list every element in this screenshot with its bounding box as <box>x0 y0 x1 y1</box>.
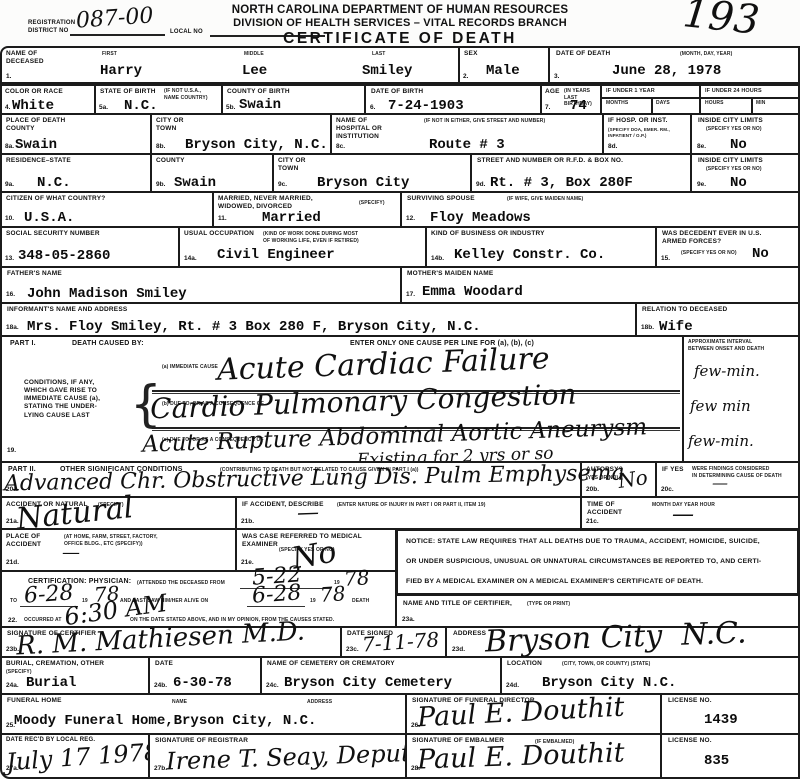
informant-num: 18a. <box>6 324 19 331</box>
residence-city-cell: CITY OR TOWN 9c. Bryson City <box>272 153 472 193</box>
icl8-value: No <box>730 137 747 153</box>
residence-county-value: Swain <box>174 175 216 191</box>
name-num: 1. <box>6 73 11 80</box>
ifyes-num: 20c. <box>661 486 674 493</box>
if-accident-describe-cell: IF ACCIDENT, DESCRIBE (ENTER NATURE OF I… <box>235 496 582 530</box>
sex-label: SEX <box>464 50 478 58</box>
last-sublabel: LAST <box>372 51 385 58</box>
time-accident-num: 21c. <box>586 518 599 525</box>
yr1-value: 78 <box>343 565 370 591</box>
first-sublabel: FIRST <box>102 51 117 58</box>
license2-value: 835 <box>704 753 729 769</box>
time-of-accident-cell: TIME OF ACCIDENT MONTH DAY YEAR HOUR 21c… <box>580 496 800 530</box>
hospital-num: 8c. <box>336 143 345 150</box>
notice-line2: OR UNDER SUSPICIOUS, UNUSUAL OR UNNATURA… <box>406 558 761 566</box>
place-of-death-county-value: Swain <box>15 137 57 153</box>
date-of-death-small: (MONTH, DAY, YEAR) <box>680 51 732 58</box>
part1-label: PART I. <box>10 340 36 349</box>
place-of-death-city-cell: CITY OR TOWN 8b. Bryson City, N.C. <box>150 113 332 155</box>
relation-value: Wife <box>659 319 693 335</box>
citizen-cell: CITIZEN OF WHAT COUNTRY? 10. U.S.A. <box>0 191 214 228</box>
state-of-birth-small: (IF NOT U.S.A., NAME COUNTRY) <box>164 88 208 101</box>
registrar-cell: SIGNATURE OF REGISTRAR 27b. Irene T. Sea… <box>148 733 407 779</box>
place-of-death-county-label: PLACE OF DEATH COUNTY <box>6 117 65 133</box>
embalmer-cell: SIGNATURE OF EMBALMER (IF EMBALMED) 28. … <box>405 733 662 779</box>
burial-location-label: LOCATION <box>507 660 542 668</box>
icl9-value: No <box>730 175 747 191</box>
registration-district-value: 087-00 <box>75 3 154 33</box>
county-of-birth-value: Swain <box>239 97 281 113</box>
marital-small: (SPECIFY) <box>359 200 385 207</box>
burial-location-cell: LOCATION (CITY, TOWN, OR COUNTY) (STATE)… <box>500 656 800 695</box>
marital-status-cell: MARRIED, NEVER MARRIED, WIDOWED, DIVORCE… <box>212 191 402 228</box>
cause-a-label: (a) IMMEDIATE CAUSE <box>162 364 218 371</box>
interval-divider <box>682 337 684 461</box>
embalmer-signature: Paul E. Douthit <box>417 737 626 775</box>
cause-c-interval: few-min. <box>688 432 754 450</box>
ssn-label: SOCIAL SECURITY NUMBER <box>6 230 100 238</box>
residence-county-label: COUNTY <box>156 157 185 165</box>
street-cell: STREET AND NUMBER OR R.F.D. & BOX NO. 9d… <box>470 153 692 193</box>
date-of-death-value: June 28, 1978 <box>612 63 721 79</box>
describe-value: — <box>297 499 350 526</box>
attended-from-label: (ATTENDED THE DECEASED FROM <box>137 580 225 587</box>
date-of-death-num: 3. <box>554 73 559 80</box>
lastsaw-value: 6-28 <box>251 580 302 608</box>
hours-sublabel: HOURS <box>705 100 724 107</box>
director-license-cell: LICENSE NO. 1439 <box>660 693 800 735</box>
mother-value: Emma Woodard <box>422 284 523 300</box>
citizen-value: U.S.A. <box>24 210 74 226</box>
occupation-num: 14a. <box>184 255 197 262</box>
inside-city-limits-8e-cell: INSIDE CITY LIMITS (SPECIFY YES OR NO) 8… <box>690 113 800 155</box>
spouse-small: (IF WIFE, GIVE MAIDEN NAME) <box>507 196 583 203</box>
residence-county-cell: COUNTY 9b. Swain <box>150 153 274 193</box>
interval-header: APPROXIMATE INTERVAL BETWEEN ONSET AND D… <box>688 339 764 352</box>
icl9-num: 9e. <box>697 181 706 188</box>
hospital-small: (IF NOT IN EITHER, GIVE STREET AND NUMBE… <box>424 118 545 125</box>
license1-value: 1439 <box>704 712 738 728</box>
registration-district-label: REGISTRATION DISTRICT NO <box>28 20 75 35</box>
race-cell: COLOR OR RACE 4. White <box>0 84 96 115</box>
business-num: 14b. <box>431 255 444 262</box>
icl8-label: INSIDE CITY LIMITS <box>698 117 763 125</box>
relation-num: 18b. <box>641 324 654 331</box>
burial-location-value: Bryson City N.C. <box>542 675 676 691</box>
address-label: ADDRESS <box>453 630 486 638</box>
signature-of-certifier-cell: SIGNATURE OF CERTIFIER 23b. R. M. Mathie… <box>0 626 342 658</box>
cause-a-interval: few-min. <box>694 362 760 380</box>
citizen-num: 10. <box>5 215 14 222</box>
registrar-label: SIGNATURE OF REGISTRAR <box>155 737 248 745</box>
cemetery-num: 24c. <box>266 682 279 689</box>
inside-city-limits-9e-cell: INSIDE CITY LIMITS (SPECIFY YES OR NO) 9… <box>690 153 800 193</box>
burial-date-cell: DATE 24b. 6-30-78 <box>148 656 262 695</box>
sex-cell: SEX 2. Male <box>458 46 550 84</box>
death-caused-by-label: DEATH CAUSED BY: <box>72 340 144 349</box>
if-hosp-label: IF HOSP. OR INST. <box>608 117 668 125</box>
notice-box: NOTICE: STATE LAW REQUIRES THAT ALL DEAT… <box>395 528 800 596</box>
if-under-24-hours-label: IF UNDER 24 HOURS <box>705 88 762 95</box>
burial-date-value: 6-30-78 <box>173 675 232 691</box>
name-of-deceased-cell: NAME OF DECEASED FIRST MIDDLE LAST 1. Ha… <box>0 46 460 84</box>
citizen-label: CITIZEN OF WHAT COUNTRY? <box>6 195 105 203</box>
mother-label: MOTHER'S MAIDEN NAME <box>407 270 493 278</box>
place-of-death-city-num: 8b. <box>156 143 165 150</box>
icl9-small: (SPECIFY YES OR NO) <box>706 166 762 173</box>
date-of-death-cell: DATE OF DEATH (MONTH, DAY, YEAR) 3. June… <box>548 46 800 84</box>
spouse-label: SURVIVING SPOUSE <box>407 195 475 203</box>
occupation-label: USUAL OCCUPATION <box>184 230 254 238</box>
place-of-death-county-cell: PLACE OF DEATH COUNTY 8a. Swain <box>0 113 152 155</box>
funeral-home-addr-sub: ADDRESS <box>307 699 332 706</box>
place-accident-num: 21d. <box>6 559 19 566</box>
if-under-1-year-cell: IF UNDER 1 YEAR MONTHS DAYS <box>600 84 701 115</box>
armed-forces-value: No <box>752 246 769 262</box>
residence-city-num: 9c. <box>278 181 287 188</box>
residence-city-value: Bryson City <box>317 175 409 191</box>
relation-label: RELATION TO DECEASED <box>642 306 727 314</box>
cause-b-interval: few min <box>690 397 751 415</box>
mother-num: 17. <box>406 291 415 298</box>
hospital-cell: NAME OF HOSPITAL OR INSTITUTION (IF NOT … <box>330 113 604 155</box>
place-accident-label: PLACE OF ACCIDENT <box>6 533 41 549</box>
age-cell: AGE (IN YEARS LAST BIRTHDAY) 7. 74 <box>540 84 602 115</box>
icl8-num: 8e. <box>697 143 706 150</box>
lastsaw-blank <box>247 606 305 607</box>
spouse-num: 12. <box>406 215 415 222</box>
funeral-home-name-sub: NAME <box>172 699 187 706</box>
place-accident-value: — <box>62 542 80 563</box>
days-sublabel: DAYS <box>656 100 670 107</box>
business-value: Kelley Constr. Co. <box>454 247 605 263</box>
yr3-value: 78 <box>319 581 346 607</box>
sex-num: 2. <box>463 73 468 80</box>
armed-forces-label: WAS DECEDENT EVER IN U.S. ARMED FORCES? <box>662 230 762 246</box>
informant-cell: INFORMANT'S NAME AND ADDRESS 18a. Mrs. F… <box>0 302 637 337</box>
findings-considered-cell: IF YES WERE FINDINGS CONSIDERED IN DETER… <box>655 461 800 498</box>
date-of-death-label: DATE OF DEATH <box>556 50 610 58</box>
middle-sublabel: MIDDLE <box>244 51 264 58</box>
father-num: 16. <box>6 291 15 298</box>
icl9-label: INSIDE CITY LIMITS <box>698 157 763 165</box>
occupation-cell: USUAL OCCUPATION (KIND OF WORK DONE DURI… <box>178 226 427 268</box>
date-of-birth-num: 6. <box>370 104 375 111</box>
armed-forces-num: 15. <box>661 255 670 262</box>
death-certificate: REGISTRATION DISTRICT NO 087-00 LOCAL NO… <box>0 0 800 779</box>
certifier-name-num: 23a. <box>402 616 415 623</box>
burial-date-label: DATE <box>155 660 173 668</box>
age-num: 7. <box>545 104 550 111</box>
certifier-name-label: NAME AND TITLE OF CERTIFIER, <box>403 600 512 608</box>
registrar-num: 27b. <box>154 765 167 772</box>
county-of-birth-cell: COUNTY OF BIRTH 5b. Swain <box>221 84 366 115</box>
spouse-value: Floy Meadows <box>430 210 531 226</box>
father-label: FATHER'S NAME <box>7 270 62 278</box>
county-of-birth-num: 5b. <box>226 104 235 111</box>
sex-value: Male <box>486 63 520 79</box>
part1-cell: PART I. DEATH CAUSED BY: ENTER ONLY ONE … <box>0 335 800 463</box>
residence-city-label: CITY OR TOWN <box>278 157 306 173</box>
informant-label: INFORMANT'S NAME AND ADDRESS <box>7 306 127 314</box>
icl8-small: (SPECIFY YES OR NO) <box>706 126 762 133</box>
header-line1: NORTH CAROLINA DEPARTMENT OF HUMAN RESOU… <box>180 3 620 17</box>
cemetery-value: Bryson City Cemetery <box>284 675 452 691</box>
state-of-birth-label: STATE OF BIRTH <box>100 88 156 96</box>
residence-state-cell: RESIDENCE–STATE 9a. N.C. <box>0 153 152 193</box>
ssn-value: 348-05-2860 <box>18 248 110 264</box>
address-num: 23d. <box>452 646 465 653</box>
street-label: STREET AND NUMBER OR R.F.D. & BOX NO. <box>477 157 623 165</box>
date-of-birth-label: DATE OF BIRTH <box>371 88 423 96</box>
ifyes-small: WERE FINDINGS CONSIDERED IN DETERMINING … <box>692 466 782 479</box>
cert-num22: 22. <box>8 617 17 624</box>
middle-name-value: Lee <box>242 63 267 79</box>
if-hosp-or-inst-cell: IF HOSP. OR INST. (SPECIFY DOA, EMER. RM… <box>602 113 692 155</box>
state-of-birth-value: N.C. <box>124 98 158 114</box>
first-name-value: Harry <box>100 63 142 79</box>
cemetery-label: NAME OF CEMETERY OR CREMATORY <box>267 660 395 668</box>
date-signed-value: 7-11-78 <box>361 627 440 656</box>
if-hosp-num: 8d. <box>608 143 617 150</box>
father-cell: FATHER'S NAME 16. John Madison Smiley <box>0 266 402 304</box>
father-value: John Madison Smiley <box>27 286 187 302</box>
time-accident-label: TIME OF ACCIDENT <box>587 501 622 517</box>
mother-cell: MOTHER'S MAIDEN NAME 17. Emma Woodard <box>400 266 800 304</box>
ssn-cell: SOCIAL SECURITY NUMBER 13. 348-05-2860 <box>0 226 180 268</box>
min-sublabel: MIN <box>756 100 765 107</box>
conditions-label: CONDITIONS, IF ANY, WHICH GAVE RISE TO I… <box>24 379 100 420</box>
describe-small: (ENTER NATURE OF INJURY IN PART I OR PAR… <box>337 502 485 509</box>
race-value: White <box>12 98 54 114</box>
notice-line1: NOTICE: STATE LAW REQUIRES THAT ALL DEAT… <box>406 538 760 546</box>
embalmer-license-cell: LICENSE NO. 835 <box>660 733 800 779</box>
funeral-director-cell: SIGNATURE OF FUNERAL DIRECTOR 26. Paul E… <box>405 693 662 735</box>
residence-state-value: N.C. <box>37 175 71 191</box>
date-signed-cell: DATE SIGNED 23c. 7-11-78 <box>340 626 447 658</box>
last-name-value: Smiley <box>362 63 412 79</box>
business-label: KIND OF BUSINESS OR INDUSTRY <box>431 230 545 238</box>
registration-underline <box>70 34 165 36</box>
certifier-name-small: (TYPE OR PRINT) <box>527 601 570 608</box>
name-label: NAME OF DECEASED <box>6 50 44 66</box>
ssn-num: 13. <box>5 255 14 262</box>
informant-value: Mrs. Floy Smiley, Rt. # 3 Box 280 F, Bry… <box>27 319 481 335</box>
license2-label: LICENSE NO. <box>668 737 712 745</box>
date-of-birth-value: 7-24-1903 <box>388 98 464 114</box>
date-of-birth-cell: DATE OF BIRTH 6. 7-24-1903 <box>364 84 542 115</box>
pre19-c: 19 <box>310 598 316 605</box>
serial-number: 193 <box>681 0 762 44</box>
date-received-cell: DATE REC'D BY LOCAL REG. 27a. July 17 19… <box>0 733 150 779</box>
if-under-1-year-label: IF UNDER 1 YEAR <box>606 88 655 95</box>
residence-state-num: 9a. <box>5 181 14 188</box>
armed-forces-small: (SPECIFY YES OR NO) <box>681 250 737 257</box>
place-of-death-county-num: 8a. <box>5 143 14 150</box>
occurred-label: OCCURRED AT <box>24 617 62 624</box>
place-of-accident-cell: PLACE OF ACCIDENT (AT HOME, FARM, STREET… <box>0 528 237 572</box>
if-hosp-small: (SPECIFY DOA, EMER. RM., INPATIENT / O.P… <box>608 127 670 139</box>
place-of-death-city-label: CITY OR TOWN <box>156 117 184 133</box>
surviving-spouse-cell: SURVIVING SPOUSE (IF WIFE, GIVE MAIDEN N… <box>400 191 800 228</box>
funeral-home-label: FUNERAL HOME <box>7 697 62 705</box>
part1-num: 19. <box>7 447 16 454</box>
ifyes-value: — <box>712 473 728 492</box>
state-of-birth-num: 5a. <box>99 104 108 111</box>
marital-label: MARRIED, NEVER MARRIED, WIDOWED, DIVORCE… <box>218 195 313 211</box>
funeral-home-cell: FUNERAL HOME NAME ADDRESS 25. Moody Fune… <box>0 693 407 735</box>
describe-num: 21b. <box>241 518 254 525</box>
cemetery-cell: NAME OF CEMETERY OR CREMATORY 24c. Bryso… <box>260 656 502 695</box>
burial-type-value: Burial <box>26 675 76 691</box>
business-cell: KIND OF BUSINESS OR INDUSTRY 14b. Kelley… <box>425 226 657 268</box>
state-of-birth-cell: STATE OF BIRTH (IF NOT U.S.A., NAME COUN… <box>94 84 223 115</box>
hospital-label: NAME OF HOSPITAL OR INSTITUTION <box>336 117 382 141</box>
burial-location-small: (CITY, TOWN, OR COUNTY) (STATE) <box>562 661 650 668</box>
ifyes-label: IF YES <box>662 466 684 474</box>
age-value: 74 <box>570 98 587 114</box>
residence-state-label: RESIDENCE–STATE <box>6 157 71 165</box>
death-word: DEATH <box>352 598 369 605</box>
relation-cell: RELATION TO DECEASED 18b. Wife <box>635 302 800 337</box>
burial-type-cell: BURIAL, CREMATION, OTHER (SPECIFY) 24a. … <box>0 656 150 695</box>
if-under-24-hours-cell: IF UNDER 24 HOURS HOURS MIN <box>699 84 800 115</box>
residence-county-num: 9b. <box>156 181 165 188</box>
autopsy-num: 20b. <box>586 486 599 493</box>
accident-or-natural-cell: ACCIDENT OR NATURAL (SPECIFY) 21a. Natur… <box>0 496 237 530</box>
race-label: COLOR OR RACE <box>5 88 63 96</box>
certification-cell: CERTIFICATION: PHYSICIAN: (ATTENDED THE … <box>0 570 397 628</box>
county-of-birth-label: COUNTY OF BIRTH <box>227 88 290 96</box>
street-num: 9d. <box>476 181 485 188</box>
place-of-death-city-value: Bryson City, N.C. <box>185 137 328 153</box>
notice-line3: FIED BY A MEDICAL EXAMINER ON A MEDICAL … <box>406 578 703 586</box>
license1-label: LICENSE NO. <box>668 697 712 705</box>
certifier-address-cell: ADDRESS 23d. Bryson City N.C. <box>445 626 800 658</box>
months-sublabel: MONTHS <box>606 100 628 107</box>
race-num: 4. <box>5 104 10 111</box>
date-signed-num: 23c. <box>346 646 359 653</box>
marital-num: 11. <box>218 215 227 222</box>
burial-type-num: 24a. <box>6 682 19 689</box>
occupation-small: (KIND OF WORK DONE DURING MOST OF WORKIN… <box>263 231 359 244</box>
armed-forces-cell: WAS DECEDENT EVER IN U.S. ARMED FORCES? … <box>655 226 800 268</box>
to-label: TO <box>10 598 17 605</box>
funeral-home-value: Moody Funeral Home,Bryson City, N.C. <box>14 713 316 729</box>
hospital-value: Route # 3 <box>429 137 505 153</box>
street-value: Rt. # 3, Box 280F <box>490 175 633 191</box>
time-accident-value: — <box>672 502 694 527</box>
age-label: AGE <box>545 88 560 96</box>
u24-divider-h <box>701 97 798 99</box>
marital-value: Married <box>262 210 321 226</box>
burial-date-num: 24b. <box>154 682 167 689</box>
occupation-value: Civil Engineer <box>217 247 335 263</box>
burial-location-num: 24d. <box>506 682 519 689</box>
